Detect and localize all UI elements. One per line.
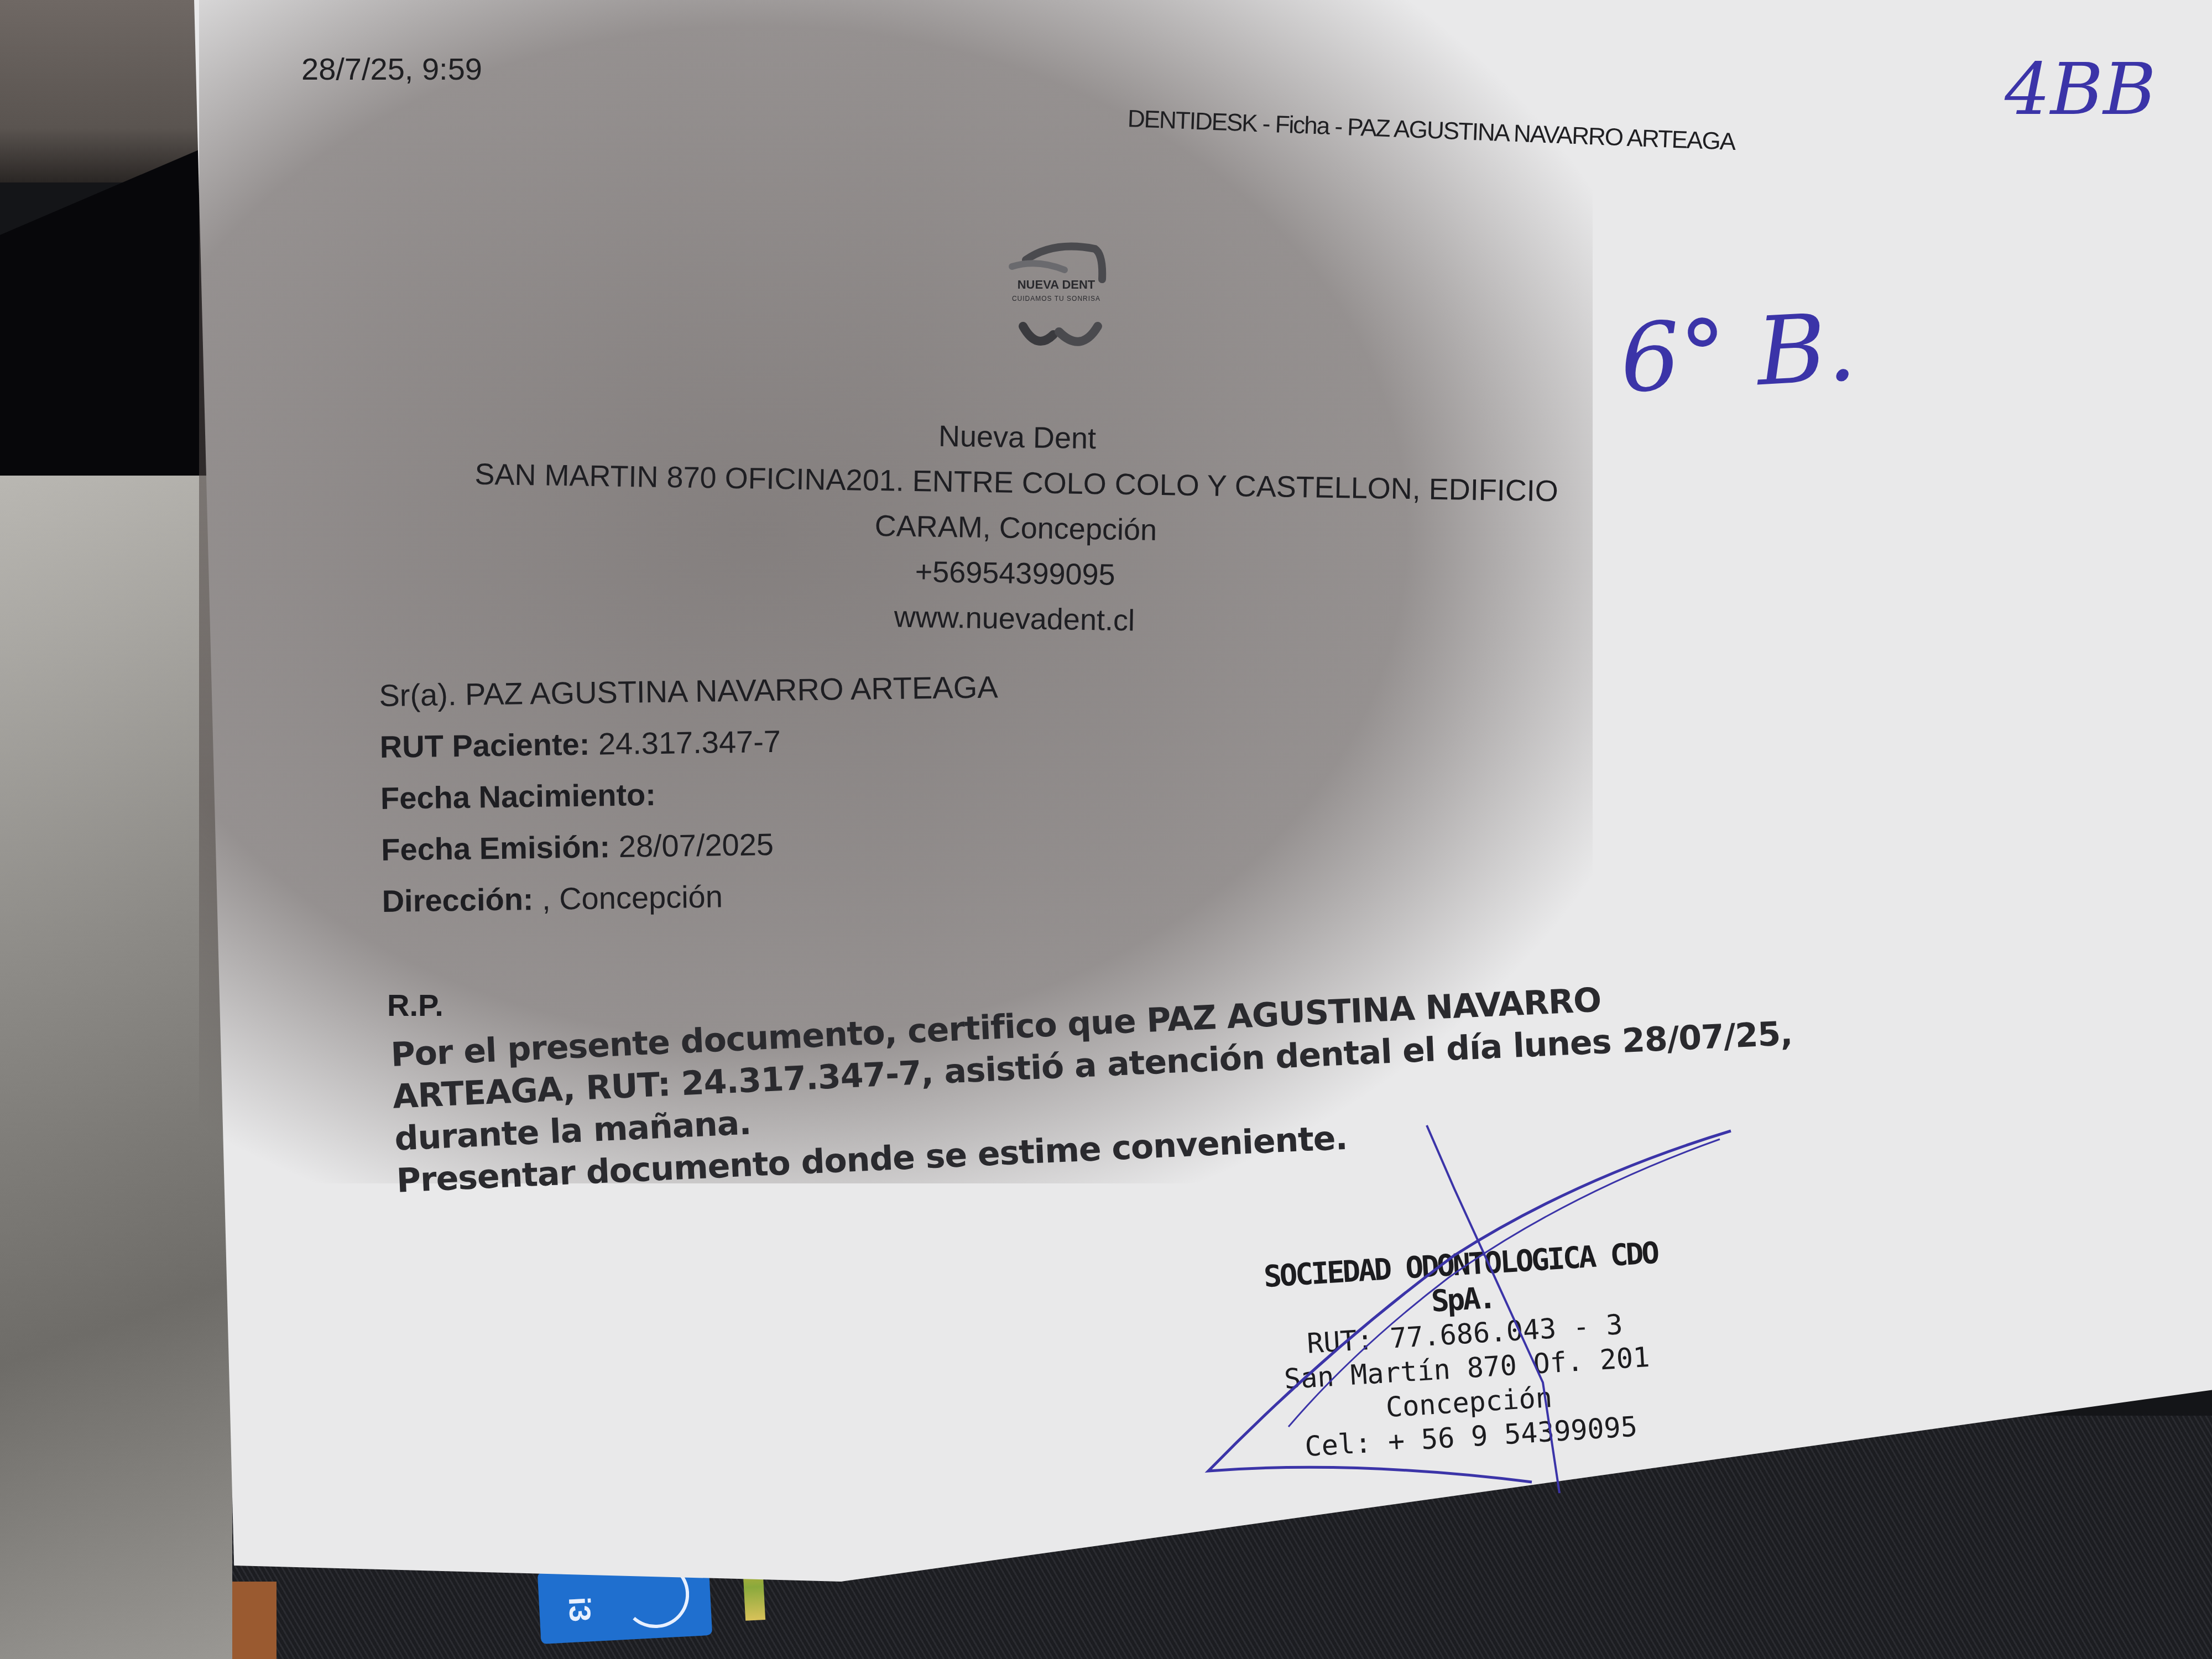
handwritten-note-top: 4BB — [2005, 47, 2156, 131]
patient-birth-label: Fecha Nacimiento: — [380, 777, 656, 816]
clinic-address-line1: SAN MARTIN 870 OFICINA201. ENTRE COLO CO… — [430, 456, 1603, 509]
issue-date-label: Fecha Emisión: — [381, 829, 611, 867]
patient-info: Sr(a). PAZ AGUSTINA NAVARRO ARTEAGA RUT … — [379, 669, 1001, 935]
clinic-address-line2: CARAM, Concepción — [430, 502, 1603, 554]
patient-address-value: , Concepción — [533, 879, 723, 916]
clinic-website: www.nuevadent.cl — [428, 592, 1601, 645]
patient-address-label: Dirección: — [382, 881, 534, 919]
patient-rut-label: RUT Paciente: — [379, 727, 589, 764]
laptop-edge — [232, 1582, 276, 1659]
rp-label: R.P. — [387, 987, 444, 1023]
sticker-label: i3 — [562, 1596, 597, 1623]
clinic-phone: +56954399095 — [429, 547, 1601, 599]
company-stamp: SOCIEDAD ODONTOLOGICA CDO SpA. RUT: 77.6… — [1239, 1234, 1693, 1467]
patient-name: Sr(a). PAZ AGUSTINA NAVARRO ARTEAGA — [379, 669, 998, 729]
logo-brand: NUEVA DENT — [993, 278, 1120, 292]
handwritten-grade: 6° B. — [1618, 293, 1859, 414]
logo-tagline: CUIDAMOS TU SONRISA — [993, 295, 1120, 302]
tooth-logo-icon — [993, 232, 1120, 354]
patient-birth-row: Fecha Nacimiento: — [380, 771, 1000, 832]
issue-date-value: 28/07/2025 — [610, 827, 774, 864]
background-cloth — [0, 476, 243, 1659]
patient-rut-row: RUT Paciente: 24.317.347-7 — [379, 720, 999, 780]
patient-rut-value: 24.317.347-7 — [589, 724, 781, 761]
print-timestamp: 28/7/25, 9:59 — [301, 51, 482, 87]
clinic-info: Nueva Dent SAN MARTIN 870 OFICINA201. EN… — [428, 411, 1604, 656]
patient-address-row: Dirección: , Concepción — [382, 874, 1001, 935]
issue-date-row: Fecha Emisión: 28/07/2025 — [381, 823, 1000, 883]
clinic-logo: NUEVA DENT CUIDAMOS TU SONRISA — [993, 232, 1120, 354]
